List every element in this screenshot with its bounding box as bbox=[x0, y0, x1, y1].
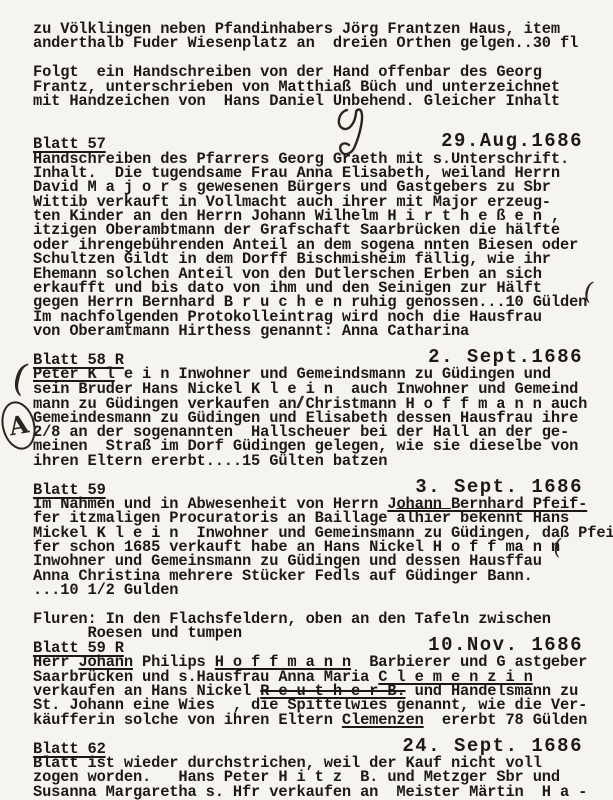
text-line: ...10 1/2 Gulden bbox=[33, 583, 607, 597]
section-date: 10.Nov. 1686 bbox=[428, 636, 583, 655]
document-body: zu Völklingen neben Pfandinhabers Jörg F… bbox=[33, 22, 607, 799]
text-run: ihren Eltern ererbt....15 Gülten batzen bbox=[33, 452, 387, 470]
text-run: ...10 1/2 Gulden bbox=[33, 581, 178, 599]
scanned-document-page: zu Völklingen neben Pfandinhabers Jörg F… bbox=[0, 0, 613, 800]
circled-letter: A bbox=[7, 412, 30, 440]
text-run: ererbt 78 Gülden bbox=[424, 711, 588, 729]
text-line: von Oberamtmann Hirthess genannt: Anna C… bbox=[33, 324, 607, 338]
text-run: Susanna Margaretha s. Hfr verkaufen an M… bbox=[33, 783, 587, 800]
blank-line bbox=[33, 108, 607, 122]
text-line: anderthalb Fuder Wiesenplatz an dreien O… bbox=[33, 36, 607, 50]
text-line: Susanna Margaretha s. Hfr verkaufen an M… bbox=[33, 785, 607, 799]
text-line: mit Handzeichen von Hans Daniel Unbehend… bbox=[33, 94, 607, 108]
text-line: ihren Eltern ererbt....15 Gülten batzen bbox=[33, 454, 607, 468]
section-date: 24. Sept. 1686 bbox=[402, 737, 583, 756]
section-date: 3. Sept. 1686 bbox=[415, 478, 583, 497]
handwritten-squiggle-mark bbox=[333, 100, 387, 158]
text-run: von Oberamtmann Hirthess genannt: Anna C… bbox=[33, 322, 469, 340]
text-run: anderthalb Fuder Wiesenplatz an dreien O… bbox=[33, 34, 578, 52]
section-date: 2. Sept.1686 bbox=[428, 348, 583, 367]
text-line: sein Bruder Hans Nickel K l e i n auch I… bbox=[33, 382, 607, 396]
section-date: 29.Aug.1686 bbox=[441, 132, 583, 151]
text-run: mit Handzeichen von Hans Daniel Unbehend… bbox=[33, 92, 560, 110]
handwritten-margin-paren: ( bbox=[9, 358, 32, 397]
text-line: käufferin solche von ihren Eltern Clemen… bbox=[33, 713, 607, 727]
text-run: käufferin solche von ihren Eltern bbox=[33, 711, 342, 729]
annotated-text-run: Clemenzen bbox=[342, 711, 424, 729]
